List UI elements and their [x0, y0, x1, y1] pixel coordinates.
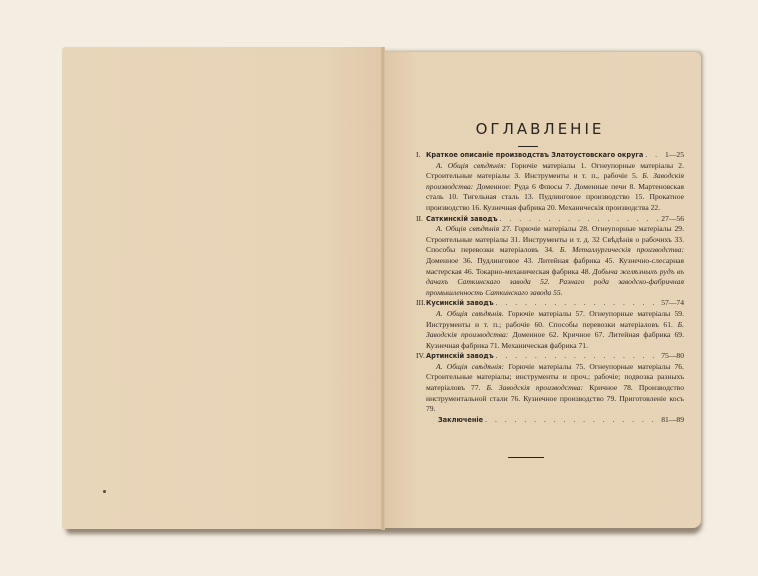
toc-description: А. Общiя свѣдѣнiя 27. Горючiе матерiалы …	[416, 224, 684, 298]
toc-entry-4: IV. Артинскiй заводъ . . . . . . . . . .…	[416, 351, 684, 415]
toc-pages: 57—74	[661, 298, 684, 309]
toc-number: II.	[416, 214, 426, 225]
leader-dots: . . . . . . . . . . . . . . . . . . . . …	[500, 214, 660, 225]
page-title: ОГЛАВЛЕНIЕ	[420, 120, 660, 138]
end-rule	[508, 457, 544, 458]
leader-dots: . . . . . . . . . . . . . . . . . . . . …	[496, 298, 660, 309]
section-a-label: А. Общiя свѣдѣнiя.	[436, 309, 504, 318]
section-a-label: А. Общiя свѣдѣнiя:	[436, 161, 506, 170]
toc-number: I.	[416, 150, 426, 161]
toc-pages: 75—80	[661, 351, 684, 362]
toc-description: А. Общiя свѣдѣнiя: Горючiе матерiалы 1. …	[416, 161, 684, 214]
ink-spot	[103, 490, 106, 493]
toc-description: А. Общiя свѣдѣнiя: Горючiе матерiалы 75.…	[416, 362, 684, 415]
toc-number: IV.	[416, 351, 426, 362]
toc-title: Кусинскiй заводъ	[426, 298, 494, 309]
toc-entry-2: II. Саткинскiй заводъ . . . . . . . . . …	[416, 214, 684, 299]
section-a-label: А. Общiя свѣдѣнiя	[436, 224, 499, 233]
toc-title: Саткинскiй заводъ	[426, 214, 498, 225]
toc-pages: 27—56	[661, 214, 684, 225]
leader-dots: . . . . . . . . . . . . . . . . . . . . …	[496, 351, 660, 362]
toc-entry-1: I. Краткое описанiе производствъ Златоус…	[416, 150, 684, 214]
table-of-contents: I. Краткое описанiе производствъ Златоус…	[416, 150, 684, 425]
toc-entry-3: III. Кусинскiй заводъ . . . . . . . . . …	[416, 298, 684, 351]
leader-dots: . . . . . . . . . . . . . . . . . . . . …	[645, 150, 663, 161]
toc-title: Артинскiй заводъ	[426, 351, 494, 362]
leader-dots: . . . . . . . . . . . . . . . . . . . . …	[485, 415, 659, 426]
toc-title: Заключенiе	[438, 415, 483, 426]
section-b-label: Б. Металлургическiя производства:	[560, 245, 684, 254]
book-spine	[381, 47, 385, 530]
toc-pages: 81—89	[661, 415, 684, 426]
section-b-label: Б. Заводскiя производства:	[486, 383, 583, 392]
toc-pages: 1—25	[665, 150, 684, 161]
toc-number: III.	[416, 298, 426, 309]
toc-description: А. Общiя свѣдѣнiя. Горючiе матерiалы 57.…	[416, 309, 684, 351]
toc-title: Краткое описанiе производствъ Златоустов…	[426, 150, 643, 161]
section-a-label: А. Общiя свѣдѣнiя:	[436, 362, 504, 371]
toc-conclusion: Заключенiе . . . . . . . . . . . . . . .…	[416, 415, 684, 426]
left-page	[62, 47, 384, 529]
title-rule	[518, 146, 538, 147]
